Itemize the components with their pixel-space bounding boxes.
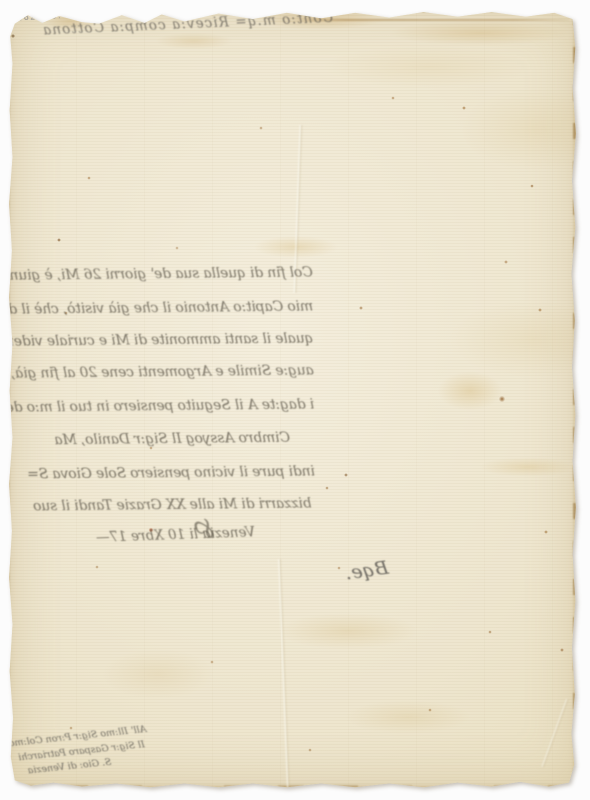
bleedthrough-address-block: All' Ill:mo Sig:r P:ron Col:mo Il Sig:r …: [8, 721, 170, 781]
bleedthrough-body-block: Col fin di quella sua de' giorni 26 Mi, …: [31, 257, 316, 524]
corner-crease: [541, 698, 569, 767]
speckle-layer: [8, 9, 10, 11]
bleedthrough-line: indi pure il vicino pensiero Sole Giova …: [33, 456, 315, 492]
bleedthrough-line: aug:e Simile e Argomenti cene 20 al fin …: [32, 355, 314, 391]
bleedthrough-line: mio Capit:o Antonio il che già visitò, c…: [31, 291, 313, 327]
deckle-edge-bottom: [8, 785, 577, 788]
letter-page-shadow: 262. 93. 6 Cont:o m.q= Ricev:a comp:a Co…: [8, 9, 577, 788]
bleedthrough-line: Col fin di quella sua de' giorni 26 Mi, …: [31, 257, 313, 293]
fold-crease-lower: [278, 559, 291, 791]
bleedthrough-line: Cimbro Assyog Il Sig:r Danilo, Ma: [32, 422, 314, 458]
deckle-edge-top: [8, 9, 577, 12]
deckle-edge-left: [8, 9, 10, 788]
top-edge-shadow-line: [293, 19, 569, 21]
bleedthrough-closing-mark: Bqe.: [344, 552, 426, 585]
bleedthrough-line: bizzarri di Mi alle XX Grazie Tandi il s…: [33, 488, 315, 524]
scan-background: 262. 93. 6 Cont:o m.q= Ricev:a comp:a Co…: [0, 0, 590, 800]
deckle-edge-right: [573, 9, 577, 788]
letter-page: 262. 93. 6 Cont:o m.q= Ricev:a comp:a Co…: [8, 9, 577, 788]
bleedthrough-header-line: Cont:o m.q= Ricev:a comp:a Cottona: [53, 10, 333, 38]
bleedthrough-line: i dag:te A il Seguito pensiero in tuo il…: [32, 389, 314, 425]
bleedthrough-line: quale il santi ammonite di Mi e curiale …: [31, 323, 313, 359]
bleedthrough-date-line: Venezia li 10 Xbre 17—: [103, 524, 255, 545]
